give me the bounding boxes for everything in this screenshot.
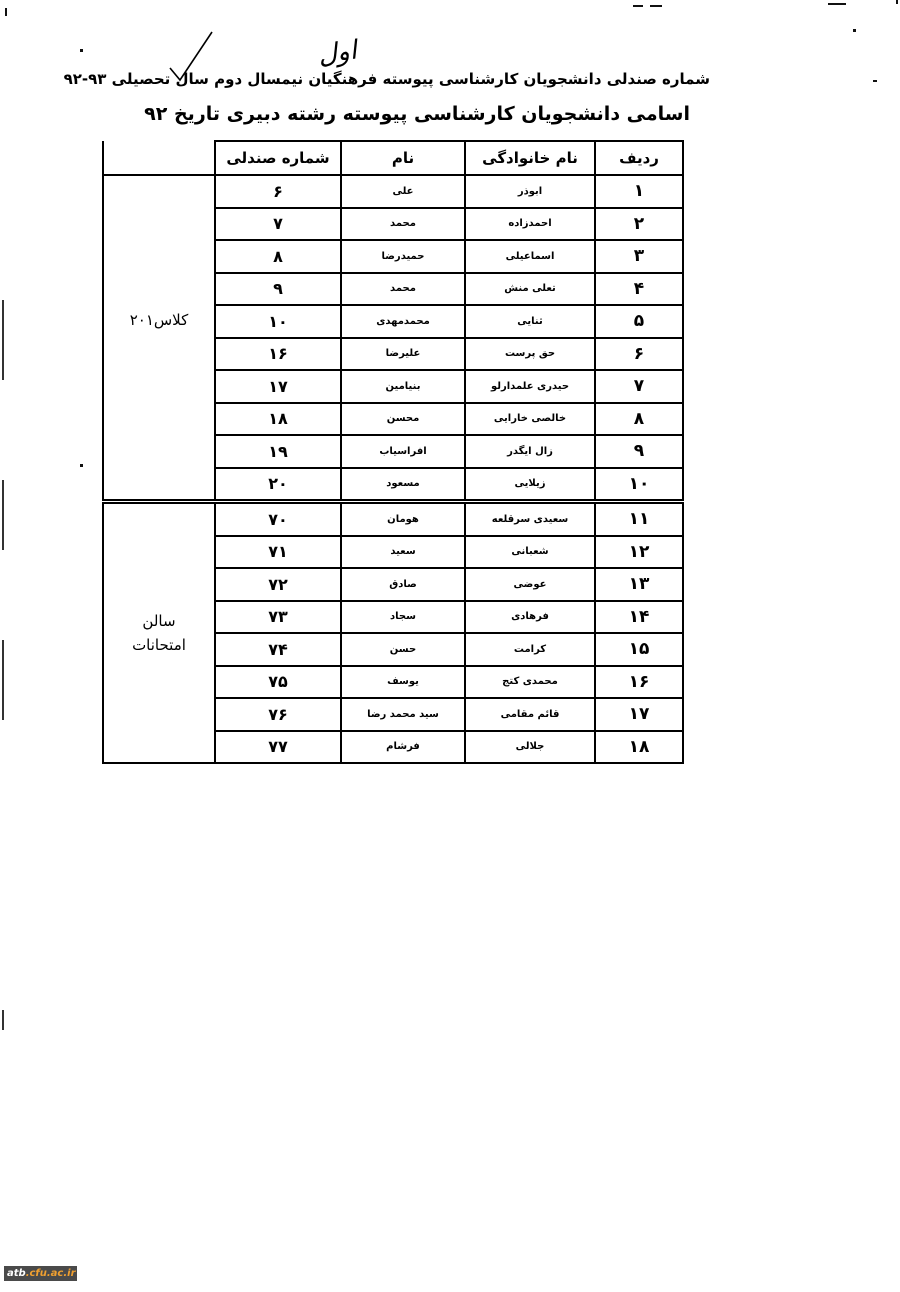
cell-family-name: کرامت — [465, 633, 595, 666]
cell-location: کلاس۲۰۱ — [103, 175, 215, 502]
cell-family-name: احمدزاده — [465, 208, 595, 241]
cell-seat: ۷۶ — [215, 698, 341, 731]
cell-radif: ۶ — [595, 338, 683, 371]
scan-edge — [2, 1010, 4, 1030]
cell-first-name: محمدمهدی — [341, 305, 465, 338]
cell-family-name: خالصی خارایی — [465, 403, 595, 436]
table-row: ۱ ابوذر علی ۶ کلاس۲۰۱ — [103, 175, 683, 208]
scan-edge — [2, 300, 4, 380]
cell-first-name: یوسف — [341, 666, 465, 699]
cell-radif: ۱۷ — [595, 698, 683, 731]
cell-seat: ۹ — [215, 273, 341, 306]
scan-speck — [650, 5, 662, 7]
scan-speck — [5, 8, 7, 16]
cell-seat: ۱۷ — [215, 370, 341, 403]
cell-first-name: سجاد — [341, 601, 465, 634]
cell-seat: ۱۹ — [215, 435, 341, 468]
cell-radif: ۷ — [595, 370, 683, 403]
cell-seat: ۷ — [215, 208, 341, 241]
header-location — [103, 141, 215, 175]
cell-family-name: قائم مقامی — [465, 698, 595, 731]
cell-first-name: هومان — [341, 502, 465, 536]
seat-assignment-table: ردیف نام خانوادگی نام شماره صندلی ۱ ابوذ… — [102, 140, 684, 764]
cell-location: سالن امتحانات — [103, 502, 215, 764]
cell-family-name: فرهادی — [465, 601, 595, 634]
handwritten-note: اول — [316, 35, 358, 70]
cell-first-name: سعید — [341, 536, 465, 569]
cell-seat: ۷۲ — [215, 568, 341, 601]
header-family-name: نام خانوادگی — [465, 141, 595, 175]
header-radif: ردیف — [595, 141, 683, 175]
cell-radif: ۱۵ — [595, 633, 683, 666]
document-title: شماره صندلی دانشجویان کارشناسی پیوسته فر… — [175, 70, 710, 88]
watermark-suffix: .cfu.ac.ir — [26, 1268, 76, 1279]
cell-radif: ۴ — [595, 273, 683, 306]
cell-seat: ۷۳ — [215, 601, 341, 634]
cell-radif: ۸ — [595, 403, 683, 436]
cell-radif: ۱ — [595, 175, 683, 208]
cell-family-name: حق پرست — [465, 338, 595, 371]
cell-seat: ۱۰ — [215, 305, 341, 338]
cell-family-name: اسماعیلی — [465, 240, 595, 273]
cell-first-name: مسعود — [341, 468, 465, 502]
cell-first-name: بنیامین — [341, 370, 465, 403]
cell-radif: ۳ — [595, 240, 683, 273]
cell-family-name: زیلایی — [465, 468, 595, 502]
cell-radif: ۲ — [595, 208, 683, 241]
cell-radif: ۱۰ — [595, 468, 683, 502]
cell-seat: ۷۱ — [215, 536, 341, 569]
cell-radif: ۵ — [595, 305, 683, 338]
cell-seat: ۲۰ — [215, 468, 341, 502]
cell-seat: ۷۴ — [215, 633, 341, 666]
cell-first-name: علی — [341, 175, 465, 208]
scan-edge — [2, 640, 4, 720]
cell-radif: ۱۶ — [595, 666, 683, 699]
cell-first-name: علیرضا — [341, 338, 465, 371]
table-header-row: ردیف نام خانوادگی نام شماره صندلی — [103, 141, 683, 175]
cell-seat: ۷۰ — [215, 502, 341, 536]
cell-radif: ۱۳ — [595, 568, 683, 601]
scan-speck — [633, 5, 643, 7]
scan-speck — [80, 464, 83, 467]
cell-radif: ۱۱ — [595, 502, 683, 536]
cell-first-name: حسن — [341, 633, 465, 666]
cell-seat: ۷۷ — [215, 731, 341, 764]
cell-radif: ۹ — [595, 435, 683, 468]
cell-radif: ۱۸ — [595, 731, 683, 764]
cell-radif: ۱۲ — [595, 536, 683, 569]
scan-speck — [828, 3, 846, 5]
cell-family-name: ابوذر — [465, 175, 595, 208]
cell-first-name: صادق — [341, 568, 465, 601]
scan-speck — [853, 29, 856, 32]
cell-first-name: محسن — [341, 403, 465, 436]
location-line-2: امتحانات — [104, 633, 214, 657]
cell-first-name: افراسیاب — [341, 435, 465, 468]
site-watermark: atb.cfu.ac.ir — [4, 1266, 77, 1281]
cell-seat: ۶ — [215, 175, 341, 208]
scan-speck — [873, 80, 877, 82]
cell-seat: ۷۵ — [215, 666, 341, 699]
cell-first-name: حمیدرضا — [341, 240, 465, 273]
scan-speck — [896, 0, 898, 4]
header-first-name: نام — [341, 141, 465, 175]
cell-first-name: سید محمد رضا — [341, 698, 465, 731]
cell-family-name: ثنایی — [465, 305, 595, 338]
cell-family-name: زال ایگدر — [465, 435, 595, 468]
cell-seat: ۸ — [215, 240, 341, 273]
scan-edge — [2, 480, 4, 550]
cell-family-name: سعیدی سرقلعه — [465, 502, 595, 536]
cell-family-name: شعبانی — [465, 536, 595, 569]
cell-seat: ۱۶ — [215, 338, 341, 371]
cell-family-name: حیدری علمدارلو — [465, 370, 595, 403]
cell-first-name: محمد — [341, 273, 465, 306]
cell-family-name: تعلی منش — [465, 273, 595, 306]
watermark-prefix: atb — [7, 1268, 26, 1279]
header-seat-number: شماره صندلی — [215, 141, 341, 175]
scan-speck — [80, 49, 83, 52]
cell-radif: ۱۴ — [595, 601, 683, 634]
document-subtitle: اسامی دانشجویان کارشناسی پیوسته رشته دبی… — [210, 103, 690, 125]
cell-first-name: محمد — [341, 208, 465, 241]
location-line-1: سالن — [104, 609, 214, 633]
cell-seat: ۱۸ — [215, 403, 341, 436]
cell-first-name: فرشام — [341, 731, 465, 764]
cell-family-name: عوضی — [465, 568, 595, 601]
table-row: ۱۱ سعیدی سرقلعه هومان ۷۰ سالن امتحانات — [103, 502, 683, 536]
cell-family-name: جلالی — [465, 731, 595, 764]
cell-family-name: محمدی کتج — [465, 666, 595, 699]
